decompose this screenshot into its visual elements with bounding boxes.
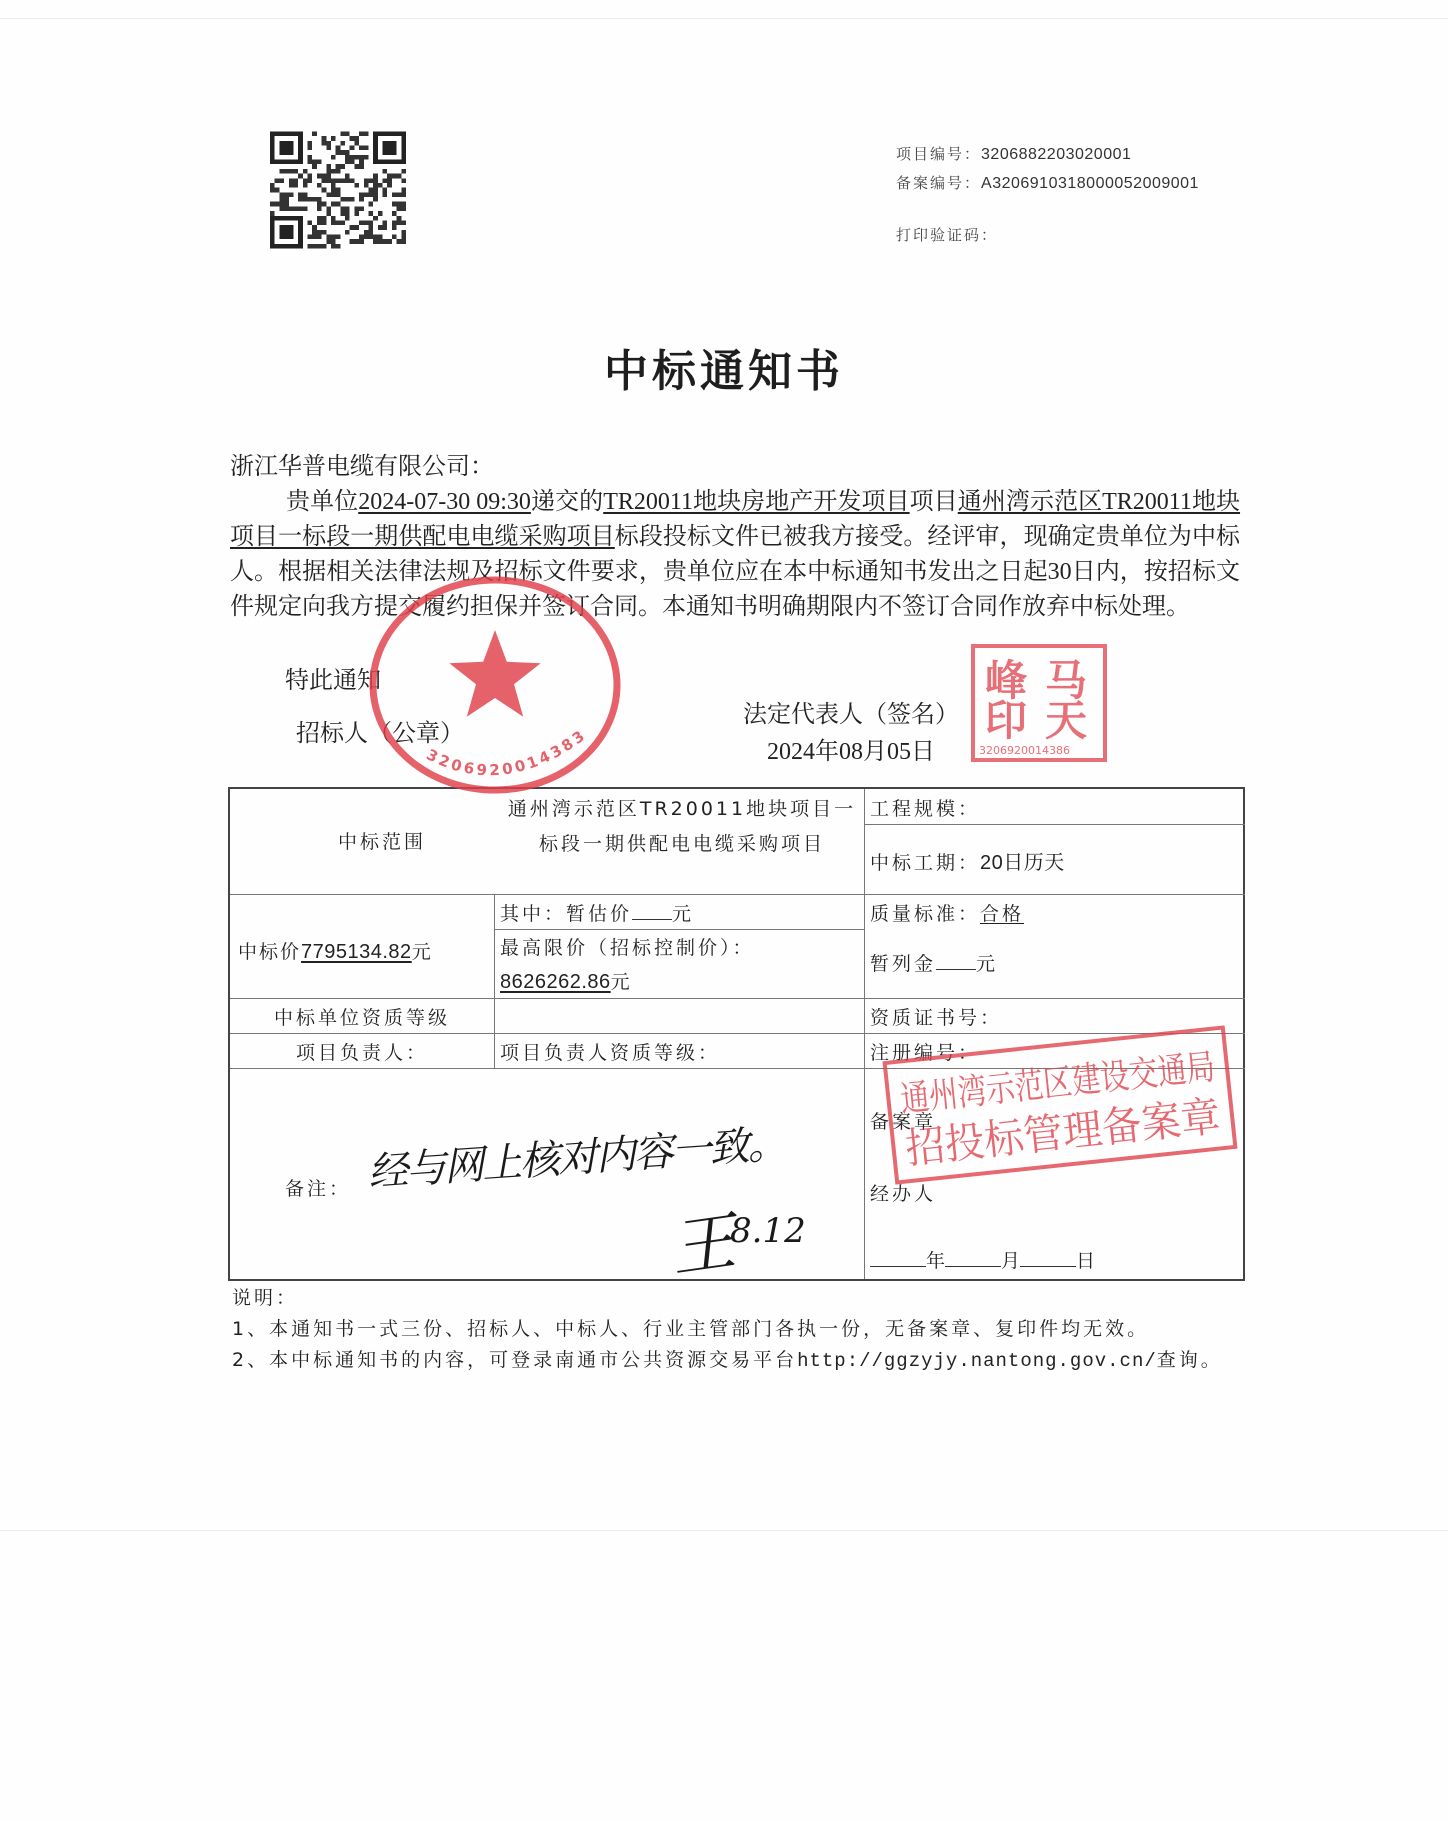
scan-artifact-line: [0, 18, 1448, 19]
svg-text:马: 马: [1045, 656, 1087, 705]
svg-text:印: 印: [985, 696, 1027, 745]
award-details-table: 中标范围 通州湾示范区TR20011地块项目一标段一期供配电电缆采购项目 工程规…: [228, 787, 1245, 1281]
handwritten-date: 8.12: [730, 1211, 806, 1251]
pm-qualification-label: 项目负责人资质等级：: [500, 1038, 720, 1065]
month-label: 月: [1001, 1250, 1020, 1272]
table-divider: [230, 1033, 1245, 1034]
submit-time: 2024-07-30 09:30: [358, 489, 531, 515]
contingency-unit: 元: [976, 953, 998, 975]
notes-section: 说明： 1、本通知书一式三份、招标人、中标人、行业主管部门各执一份，无备案章、复…: [232, 1283, 1252, 1377]
scope-value: 通州湾示范区TR20011地块项目一标段一期供配电电缆采购项目: [502, 792, 862, 862]
award-price-unit: 元: [412, 941, 433, 963]
table-divider: [494, 929, 864, 930]
project-number-label: 项目编号：: [896, 145, 981, 163]
award-paragraph: 贵单位2024-07-30 09:30递交的TR20011地块房地产开发项目项目…: [230, 485, 1240, 625]
note-item-2-text: 2、本中标通知书的内容，可登录南通市公共资源交易平台: [232, 1349, 797, 1371]
blank-line: [945, 1249, 1001, 1267]
max-price-unit: 元: [611, 971, 631, 993]
year-label: 年: [926, 1250, 945, 1272]
text-segment: 贵单位: [286, 489, 358, 515]
contingency-field: 暂列金元: [870, 949, 998, 976]
table-divider: [230, 894, 1245, 895]
text-segment: 递交的: [531, 489, 603, 515]
table-divider: [864, 789, 865, 1279]
svg-text:天: 天: [1045, 696, 1087, 745]
print-verification-label: 打印验证码：: [896, 224, 998, 245]
certificate-label: 资质证书号：: [870, 1003, 1002, 1030]
table-divider: [230, 998, 1245, 999]
award-price-value: 7795134.82: [301, 941, 412, 963]
project-name: TR20011地块房地产开发项目: [603, 489, 909, 515]
award-price-label: 中标价: [238, 941, 301, 963]
project-manager-label: 项目负责人：: [230, 1038, 494, 1065]
letter-body: 浙江华普电缆有限公司： 贵单位2024-07-30 09:30递交的TR2001…: [230, 450, 1240, 625]
tenderer-seal-label: 招标人（公章）: [296, 713, 464, 748]
project-number-row: 项目编号：3206882203020001: [896, 140, 1199, 169]
day-label: 日: [1076, 1250, 1095, 1272]
handwritten-remark: 经与网上核对内容一致。: [366, 1112, 787, 1198]
qr-code: [270, 130, 406, 250]
period-label: 中标工期：: [870, 852, 980, 874]
table-divider: [494, 894, 495, 1068]
max-price-label: 最高限价（招标控制价）：: [500, 933, 755, 960]
quality-field: 质量标准：合格: [870, 899, 1024, 926]
contingency-label: 暂列金: [870, 953, 936, 975]
record-number: A320691031800005200900­1: [981, 175, 1199, 192]
registration-number-label: 注册编号：: [870, 1038, 980, 1065]
project-number: 3206882203020001: [981, 146, 1131, 163]
note-item-2: 2、本中标通知书的内容，可登录南通市公共资源交易平台http://ggzyjy.…: [232, 1345, 1252, 1377]
blank-line: [632, 902, 672, 920]
quality-label: 质量标准：: [870, 903, 980, 925]
table-divider: [230, 1068, 1245, 1069]
text-segment: 项目: [910, 489, 958, 515]
table-divider: [864, 824, 1245, 825]
max-price-value: 8626262.86: [500, 971, 611, 993]
blank-line: [870, 1249, 926, 1267]
record-number-label: 备案编号：: [896, 174, 981, 192]
note-item-2-tail: 查询。: [1157, 1349, 1223, 1371]
page-title: 中标通知书: [0, 335, 1448, 399]
document-meta: 项目编号：3206882203020001 备案编号：A320691031800…: [896, 140, 1199, 198]
notice-text: 特此通知: [285, 660, 381, 695]
period-field: 中标工期：20日历天: [870, 846, 1065, 875]
note-item-1: 1、本通知书一式三份、招标人、中标人、行业主管部门各执一份，无备案章、复印件均无…: [232, 1314, 1252, 1345]
filing-seal-label: 备案章: [870, 1107, 936, 1134]
quality-value: 合格: [980, 903, 1024, 925]
svg-text:3206920014386: 3206920014386: [979, 744, 1070, 757]
blank-line: [1020, 1249, 1076, 1267]
qualification-label: 中标单位资质等级: [230, 1003, 494, 1030]
record-number-row: 备案编号：A320691031800005200900­1: [896, 169, 1199, 198]
scan-artifact-line: [0, 1530, 1448, 1531]
remark-label: 备注：: [285, 1174, 351, 1201]
svg-text:峰: 峰: [985, 656, 1027, 705]
trading-platform-link[interactable]: http://ggzyjy.nantong.gov.cn/: [797, 1350, 1157, 1372]
notes-heading: 说明：: [232, 1283, 1252, 1314]
legal-representative-label: 法定代表人（签名）: [743, 694, 959, 729]
addressee: 浙江华普电缆有限公司：: [230, 450, 1240, 485]
issue-date: 2024年08月05日: [767, 731, 935, 766]
scanned-document-page: 项目编号：3206882203020001 备案编号：A320691031800…: [0, 0, 1448, 1821]
provisional-label: 其中：暂估价: [500, 903, 632, 925]
scope-label: 中标范围: [230, 827, 494, 854]
filing-date-field: 年月日: [870, 1246, 1095, 1273]
handler-label: 经办人: [870, 1179, 936, 1206]
award-price-field: 中标价7795134.82元: [238, 937, 433, 964]
handwritten-signature: 王: [664, 1190, 740, 1290]
blank-line: [936, 952, 976, 970]
period-value: 20日历天: [980, 852, 1065, 874]
max-price-field: 8626262.86元: [500, 967, 631, 994]
personal-square-seal: 马天峰印3206920014386: [970, 643, 1108, 763]
provisional-field: 其中：暂估价元: [500, 899, 694, 926]
provisional-unit: 元: [672, 903, 694, 925]
scale-label: 工程规模：: [870, 794, 980, 821]
